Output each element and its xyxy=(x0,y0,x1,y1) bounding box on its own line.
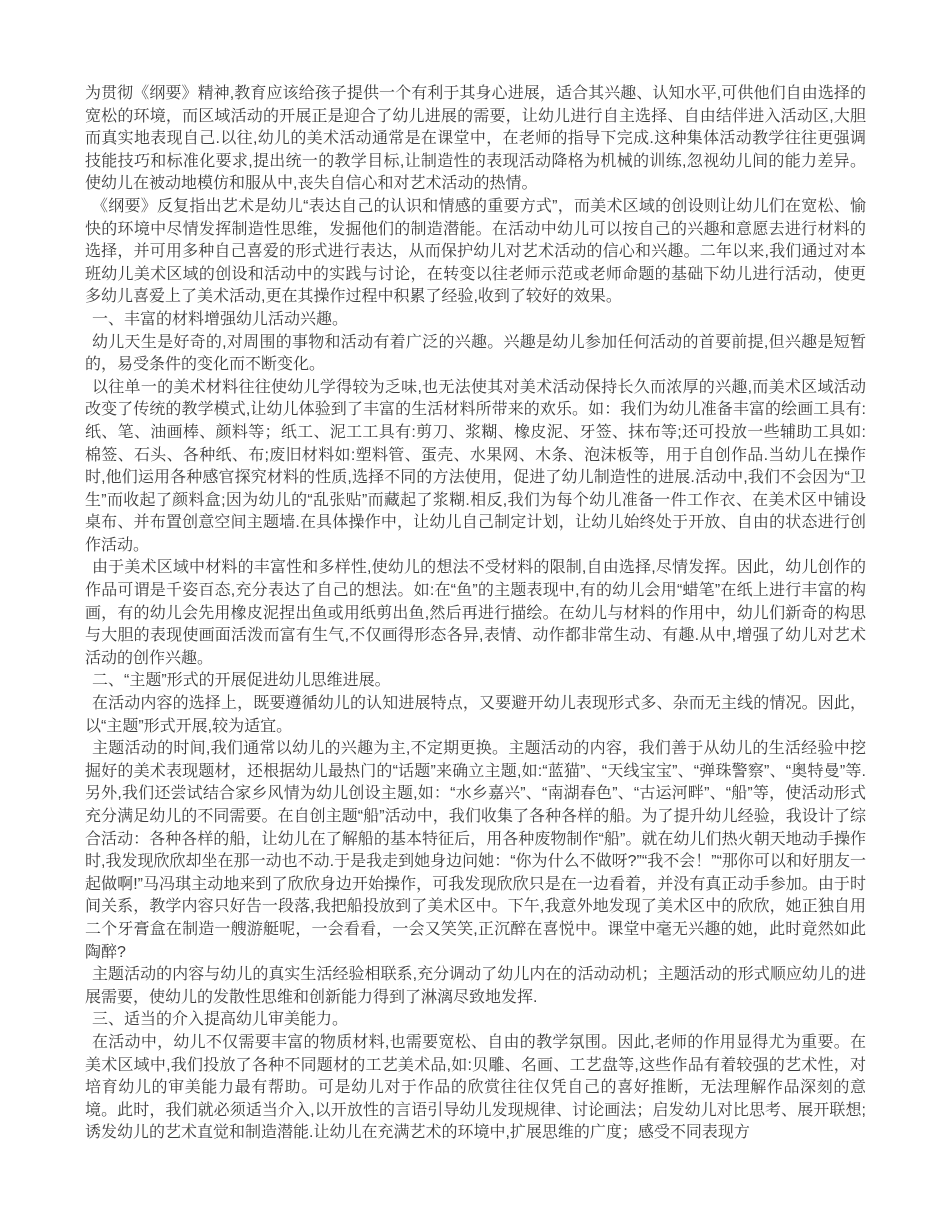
section-heading: 三、适当的介入提高幼儿审美能力。 xyxy=(85,1009,866,1032)
paragraph: 在活动内容的选择上，既要遵循幼儿的认知进展特点，又要避开幼儿表现形式多、杂而无主… xyxy=(85,693,866,738)
paragraph: 主题活动的时间,我们通常以幼儿的兴趣为主,不定期更换。主题活动的内容，我们善于从… xyxy=(85,738,866,964)
paragraph: 《纲要》反复指出艺术是幼儿“表达自己的认识和情感的重要方式”，而美术区域的创设则… xyxy=(85,196,866,309)
document-page: 为贯彻《纲要》精神,教育应该给孩子提供一个有利于其身心进展，适合其兴趣、认知水平… xyxy=(85,83,866,1145)
paragraph: 在活动中，幼儿不仅需要丰富的物质材料,也需要宽松、自由的教学氛围。因此,老师的作… xyxy=(85,1032,866,1145)
paragraph: 由于美术区域中材料的丰富性和多样性,使幼儿的想法不受材料的限制,自由选择,尽情发… xyxy=(85,557,866,670)
section-heading: 一、丰富的材料增强幼儿活动兴趣。 xyxy=(85,309,866,332)
paragraph: 幼儿天生是好奇的,对周围的事物和活动有着广泛的兴趣。兴趣是幼儿参加任何活动的首要… xyxy=(85,332,866,377)
paragraph: 为贯彻《纲要》精神,教育应该给孩子提供一个有利于其身心进展，适合其兴趣、认知水平… xyxy=(85,83,866,196)
paragraph: 主题活动的内容与幼儿的真实生活经验相联系,充分调动了幼儿内在的活动动机；主题活动… xyxy=(85,964,866,1009)
paragraph: 以往单一的美术材料往往使幼儿学得较为乏味,也无法使其对美术活动保持长久而浓厚的兴… xyxy=(85,377,866,558)
section-heading: 二、“主题”形式的开展促进幼儿思维进展。 xyxy=(85,670,866,693)
